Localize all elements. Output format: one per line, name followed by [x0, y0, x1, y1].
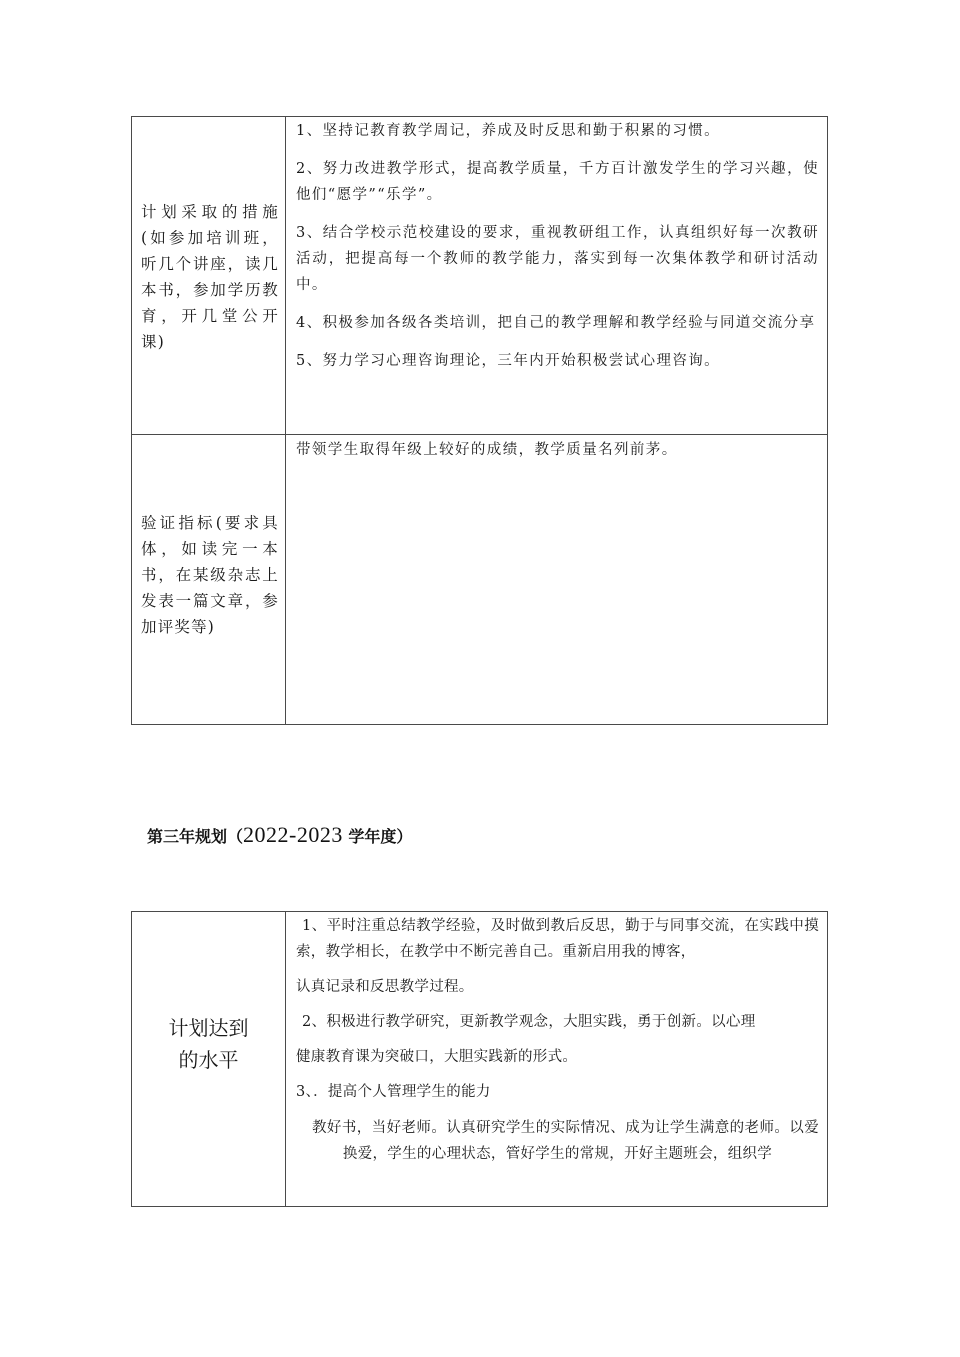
section-title-prefix: 第三年规划（ — [147, 827, 243, 846]
target-level-content-cell: 1、平时注重总结教学经验，及时做到教后反思，勤于与同事交流，在实践中摸索，教学相… — [286, 912, 828, 1207]
target-level-label-line1: 计划达到 — [132, 1012, 285, 1044]
measure-item-2: 2、努力改进教学形式，提高教学质量，千方百计激发学生的学习兴趣，使他们“愿学”“… — [296, 156, 819, 208]
section-title-year: 2022-2023 — [243, 822, 343, 847]
indicators-label-cell: 验证指标(要求具体，如读完一本书，在某级杂志上发表一篇文章，参加评奖等) — [132, 435, 286, 725]
target-item-3: 3、．提高个人管理学生的能力 — [296, 1079, 819, 1105]
target-item-2-cont: 健康教育课为突破口，大胆实践新的形式。 — [296, 1044, 819, 1070]
measure-item-4: 4、积极参加各级各类培训，把自己的教学理解和教学经验与同道交流分享 — [296, 310, 819, 336]
target-level-table: 计划达到 的水平 1、平时注重总结教学经验，及时做到教后反思，勤于与同事交流，在… — [131, 911, 828, 1207]
indicators-row: 验证指标(要求具体，如读完一本书，在某级杂志上发表一篇文章，参加评奖等) 带领学… — [132, 435, 828, 725]
target-item-1-cont: 认真记录和反思教学过程。 — [296, 974, 819, 1000]
indicators-content-cell: 带领学生取得年级上较好的成绩，教学质量名列前茅。 — [286, 435, 828, 725]
indicators-label: 验证指标(要求具体，如读完一本书，在某级杂志上发表一篇文章，参加评奖等) — [132, 435, 285, 640]
indicator-item-1: 带领学生取得年级上较好的成绩，教学质量名列前茅。 — [296, 437, 819, 463]
measure-item-5: 5、努力学习心理咨询理论，三年内开始积极尝试心理咨询。 — [296, 348, 819, 374]
target-item-2: 2、积极进行教学研究，更新教学观念，大胆实践，勇于创新。以心理 — [296, 1009, 819, 1035]
target-level-label-cell: 计划达到 的水平 — [132, 912, 286, 1207]
target-level-label: 计划达到 的水平 — [132, 1012, 285, 1106]
section-title-suffix: 学年度） — [343, 827, 413, 846]
measure-item-3: 3、结合学校示范校建设的要求，重视教研组工作，认真组织好每一次教研活动，把提高每… — [296, 220, 819, 298]
target-level-label-line2: 的水平 — [132, 1044, 285, 1076]
target-level-row: 计划达到 的水平 1、平时注重总结教学经验，及时做到教后反思，勤于与同事交流，在… — [132, 912, 828, 1207]
plan-measures-table: 计划采取的措施(如参加培训班，听几个讲座，读几本书，参加学历教育，开几堂公开课)… — [131, 116, 828, 725]
target-item-3-detail: 教好书，当好老师。认真研究学生的实际情况、成为让学生满意的老师。以爱换爱，学生的… — [296, 1115, 819, 1167]
measures-label-cell: 计划采取的措施(如参加培训班，听几个讲座，读几本书，参加学历教育，开几堂公开课) — [132, 117, 286, 435]
measures-label: 计划采取的措施(如参加培训班，听几个讲座，读几本书，参加学历教育，开几堂公开课) — [132, 117, 285, 355]
measure-item-1: 1、坚持记教育教学周记，养成及时反思和勤于积累的习惯。 — [296, 118, 819, 144]
measures-row: 计划采取的措施(如参加培训班，听几个讲座，读几本书，参加学历教育，开几堂公开课)… — [132, 117, 828, 435]
measures-content-cell: 1、坚持记教育教学周记，养成及时反思和勤于积累的习惯。 2、努力改进教学形式，提… — [286, 117, 828, 435]
target-item-1: 1、平时注重总结教学经验，及时做到教后反思，勤于与同事交流，在实践中摸索，教学相… — [296, 913, 819, 965]
section-title-third-year: 第三年规划（2022-2023 学年度） — [147, 822, 412, 848]
